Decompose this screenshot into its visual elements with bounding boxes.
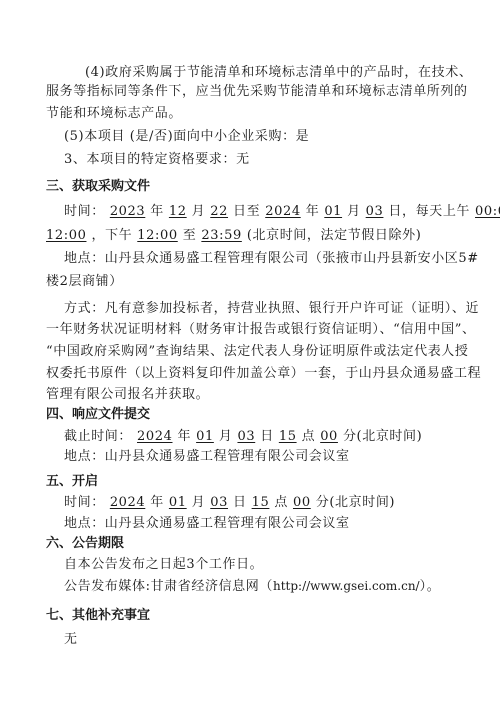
- unit-minute: 分: [316, 495, 330, 510]
- acquire-time-line1: 时间：2023年12月22日至2024年01月03日，每天上午00:00至: [64, 204, 500, 220]
- deadline-label: 截止时间：: [64, 429, 132, 444]
- unit-hour: 点: [302, 429, 316, 444]
- acquire-method-line3: “中国政府采购网”查询结果、法定代表人身份证明原件或法定代表人授: [46, 344, 469, 360]
- unit-month: 月: [347, 204, 361, 219]
- paragraph-item4-line3: 节能和环境标志产品。: [46, 106, 182, 122]
- acquire-place-line2: 楼2层商铺）: [46, 274, 123, 290]
- acquire-method-line1: 方式：凡有意参加投标者，持营业执照、银行开户许可证（证明）、近: [64, 301, 479, 317]
- unit-month: 月: [219, 429, 233, 444]
- unit-hour: 点: [274, 495, 288, 510]
- deadline-month: 01: [191, 429, 219, 444]
- time-label: 时间：: [64, 495, 105, 510]
- opening-place: 地点：山丹县众通易盛工程管理有限公司会议室: [64, 516, 350, 532]
- acquire-method-line4: 权委托书原件（以上资料复印件加盖公章）一套，于山丹县众通易盛工程: [46, 366, 481, 382]
- end-year: 2024: [260, 204, 305, 219]
- end-day: 03: [361, 204, 389, 219]
- section-heading-4: 四、响应文件提交: [46, 407, 150, 423]
- unit-minute: 分: [343, 429, 357, 444]
- pm-start: 12:00: [132, 228, 182, 243]
- opening-year: 2024: [105, 495, 150, 510]
- section-heading-6: 六、公告期限: [46, 536, 124, 552]
- notice-media: 公告发布媒体:甘肃省经济信息网（http://www.gsei.com.cn/）…: [64, 578, 440, 595]
- section-heading-7: 七、其他补充事宜: [46, 608, 150, 624]
- opening-minute: 00: [288, 495, 316, 510]
- media-close: ）。: [420, 579, 441, 594]
- section-heading-3: 三、获取采购文件: [46, 179, 150, 195]
- document-page: (4)政府采购属于节能清单和环境标志清单中的产品时，在技术、 服务等指标同等条件…: [0, 0, 500, 706]
- acquire-time-line2: 12:00，下午12:00至23:59(北京时间，法定节假日除外): [46, 228, 421, 244]
- acquire-method-line5: 管理有限公司报名并获取。: [46, 387, 209, 403]
- media-label: 公告发布媒体:甘肃省经济信息网（: [64, 579, 273, 594]
- am-end: 12:00: [46, 228, 91, 243]
- time-label: 时间：: [64, 204, 105, 219]
- unit-month: 月: [192, 495, 206, 510]
- start-year: 2023: [105, 204, 150, 219]
- opening-time: 时间：2024年01月03日15点00分(北京时间): [64, 495, 395, 511]
- deadline-hour: 15: [274, 429, 302, 444]
- start-month: 12: [164, 204, 192, 219]
- acquire-place-line1: 地点：山丹县众通易盛工程管理有限公司（张掖市山丹县新安小区5#: [64, 251, 479, 267]
- paragraph-item4-line2: 服务等指标同等条件下，应当优先采购节能清单和环境标志清单所列的: [46, 84, 468, 100]
- timezone-note: (北京时间): [357, 429, 423, 444]
- unit-day: 日: [233, 495, 247, 510]
- opening-day: 03: [205, 495, 233, 510]
- unit-day-to: 日至: [233, 204, 260, 219]
- to-label: 至: [183, 228, 197, 243]
- deadline-year: 2024: [132, 429, 177, 444]
- unit-year: 年: [150, 204, 164, 219]
- pm-label: ，下午: [91, 228, 132, 243]
- deadline-day: 03: [232, 429, 260, 444]
- paragraph-item5: (5)本项目 (是/否)面向中小企业采购：是: [64, 129, 309, 145]
- paragraph-item3: 3、本项目的特定资格要求：无: [64, 152, 250, 168]
- opening-hour: 15: [247, 495, 275, 510]
- unit-year: 年: [178, 429, 192, 444]
- end-month: 01: [319, 204, 347, 219]
- am-start: 00:00: [470, 204, 500, 219]
- unit-month: 月: [192, 204, 206, 219]
- pm-end: 23:59: [196, 228, 246, 243]
- deadline-minute: 00: [315, 429, 343, 444]
- start-day: 22: [205, 204, 233, 219]
- media-url-link[interactable]: http://www.gsei.com.cn/: [273, 579, 420, 593]
- unit-year: 年: [306, 204, 320, 219]
- acquire-method-line2: 一年财务状况证明材料（财务审计报告或银行资信证明）、“信用中国”、: [46, 322, 476, 338]
- unit-day: 日: [260, 429, 274, 444]
- submission-place: 地点：山丹县众通易盛工程管理有限公司会议室: [64, 449, 350, 465]
- unit-year: 年: [150, 495, 164, 510]
- daily-am-label: 日，每天上午: [388, 204, 470, 219]
- paragraph-item4-line1: (4)政府采购属于节能清单和环境标志清单中的产品时，在技术、: [85, 65, 472, 81]
- submission-deadline: 截止时间：2024年01月03日15点00分(北京时间): [64, 429, 422, 445]
- supplementary-content: 无: [64, 632, 78, 648]
- section-heading-5: 五、开启: [46, 474, 98, 490]
- time-note: (北京时间，法定节假日除外): [247, 228, 422, 243]
- opening-month: 01: [164, 495, 192, 510]
- timezone-note: (北京时间): [329, 495, 395, 510]
- notice-period: 自本公告发布之日起3个工作日。: [64, 557, 263, 573]
